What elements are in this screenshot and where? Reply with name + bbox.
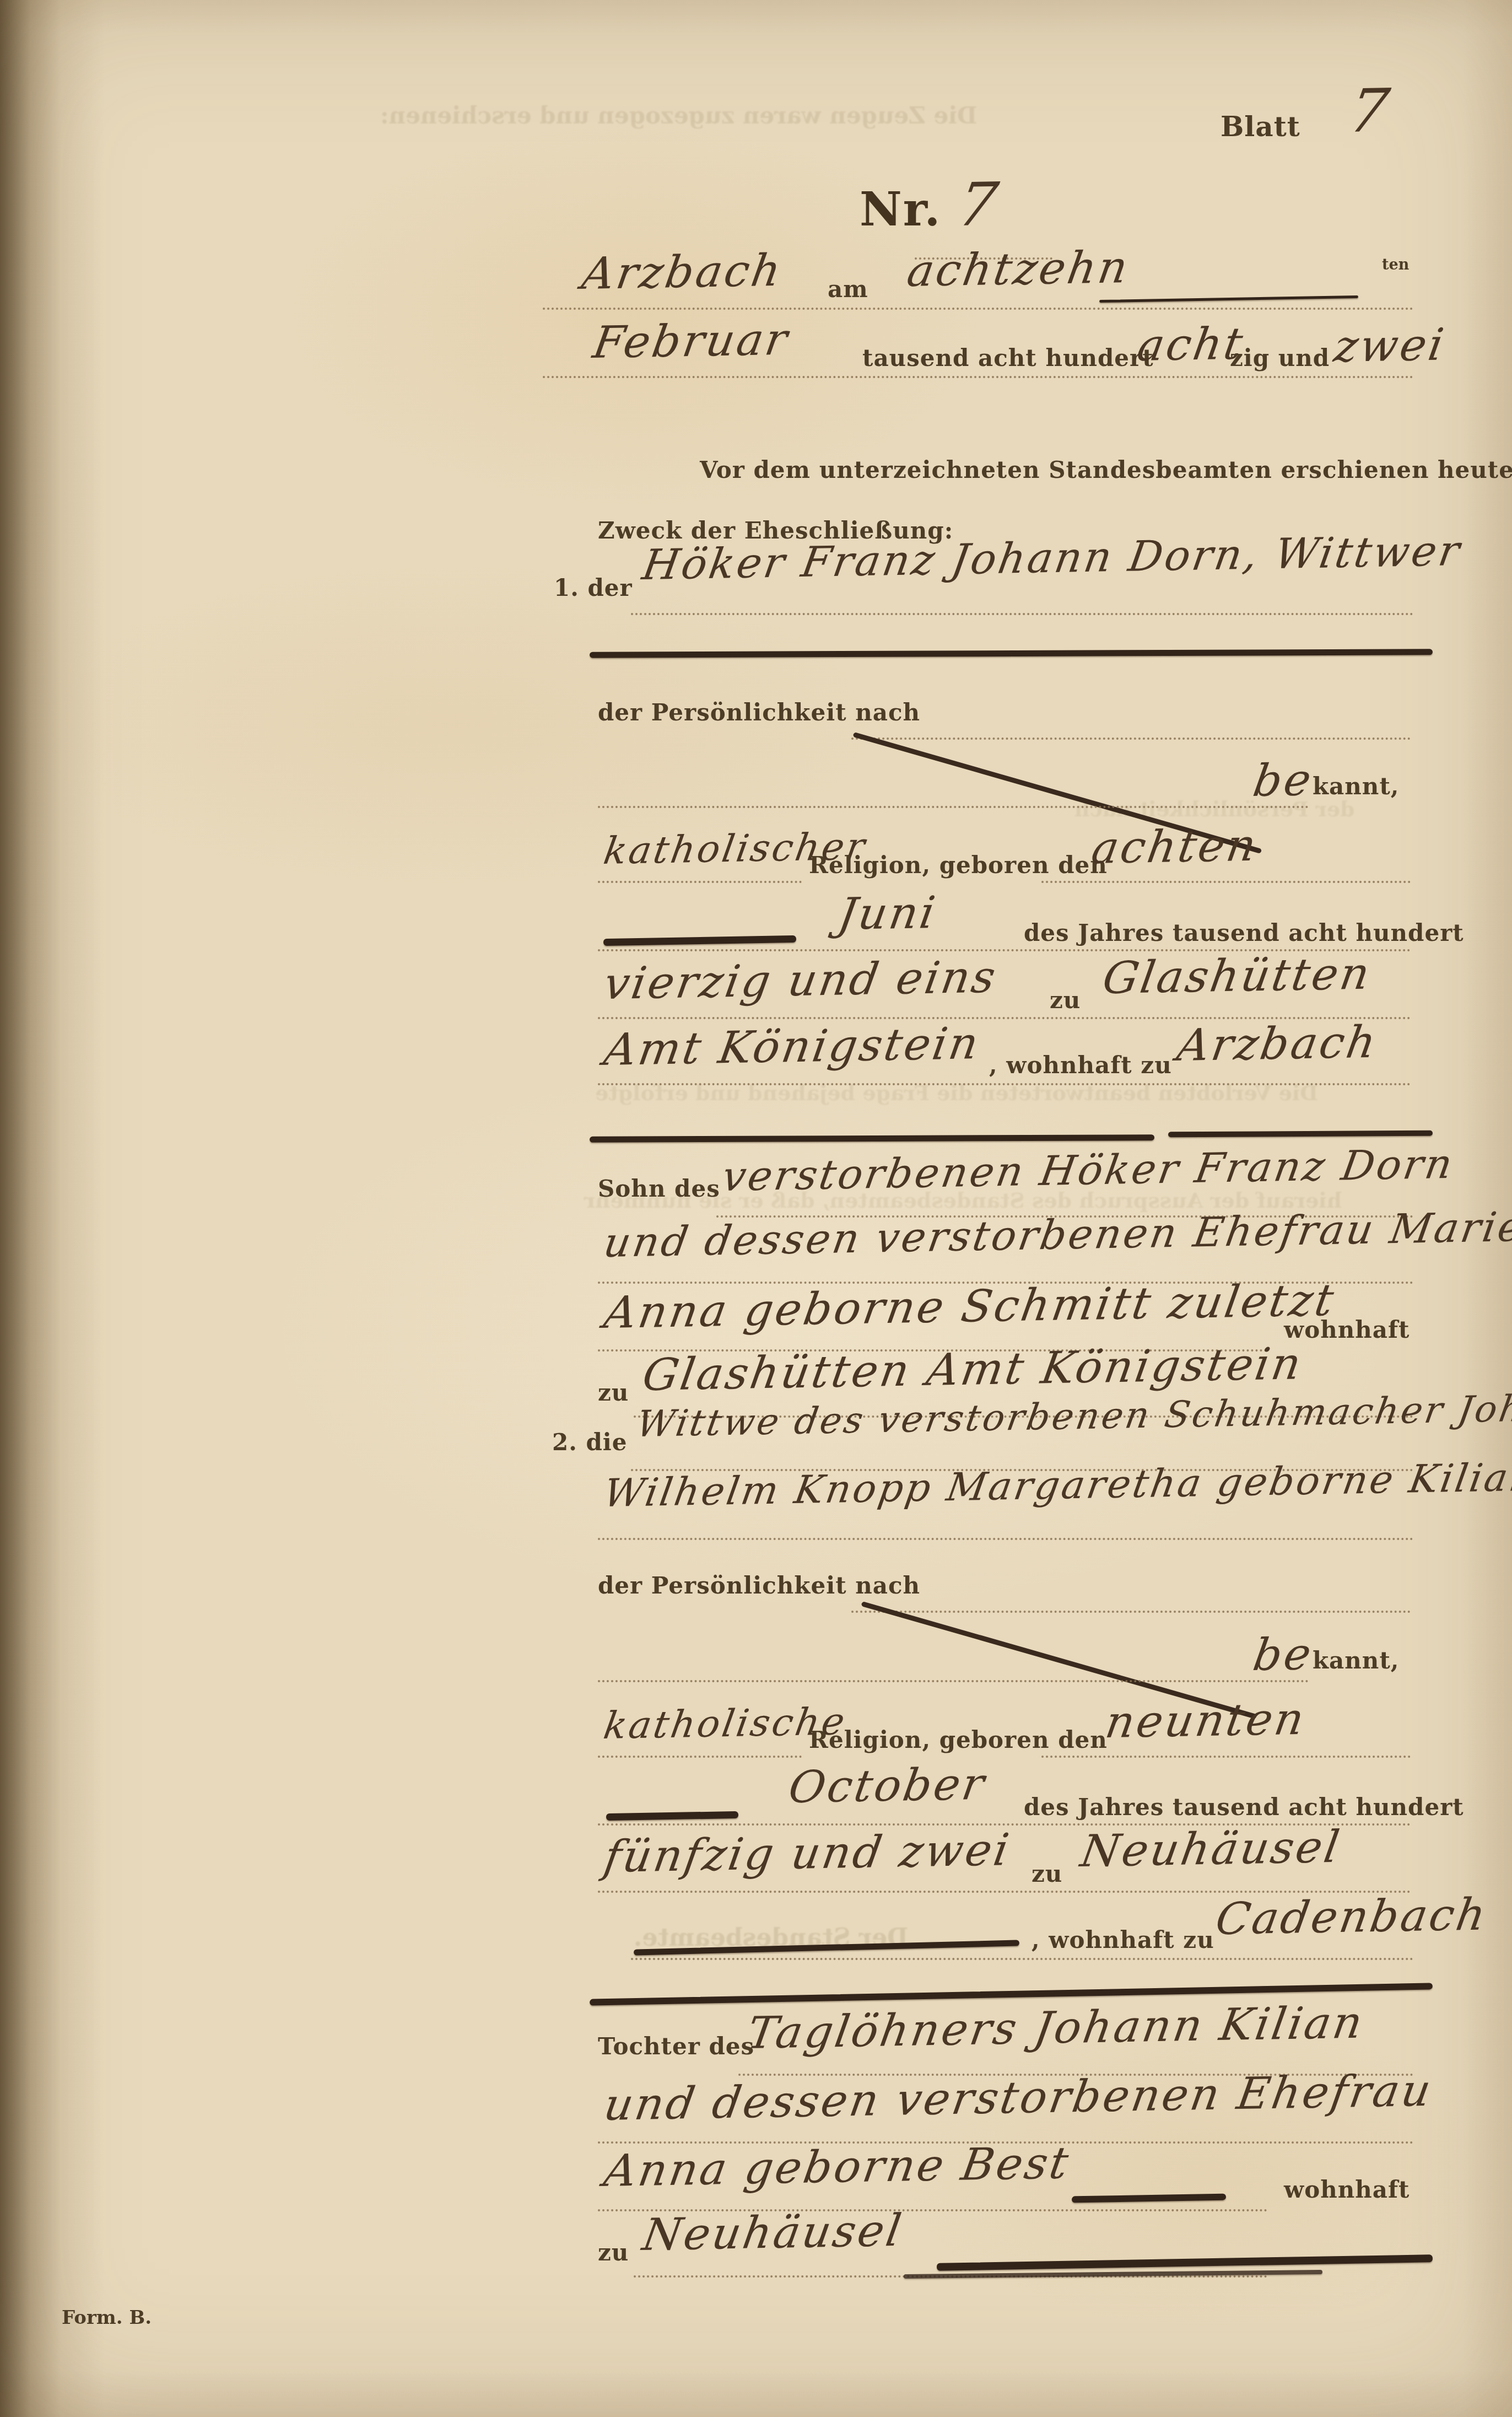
dotted-rule [1041, 881, 1411, 883]
groom-birth-month: Juni [835, 887, 941, 940]
record-number-label: Nr. [860, 182, 942, 236]
dotted-rule [543, 308, 1413, 310]
year-printed-label: tausend acht hundert [862, 344, 1154, 372]
sheet-number: 7 [1344, 77, 1396, 146]
groom-zu-label: zu [1050, 987, 1081, 1014]
zig-und-label: zig und [1230, 344, 1330, 372]
bride-religion-label: Religion, geboren den [809, 1726, 1108, 1753]
form-label: Form. B. [62, 2307, 152, 2329]
bride-zu-label: zu [1032, 1860, 1062, 1887]
dotted-rule [598, 1680, 1309, 1682]
groom-index-label: 1. der [554, 574, 633, 601]
bride-known-printed: kannt, [1313, 1647, 1399, 1674]
groom-identity-label: der Persönlichkeit nach [598, 699, 920, 726]
am-label: am [828, 276, 868, 303]
bride-father-entry: Taglöhners Johann Kilian [744, 1997, 1368, 2059]
dotted-rule [598, 1538, 1413, 1540]
ink-dash [1072, 2194, 1226, 2203]
groom-known-printed: kannt, [1313, 773, 1399, 800]
dotted-rule [851, 738, 1411, 740]
bride-resident-label: , wohnhaft zu [1032, 1926, 1214, 1953]
bride-known-hw: be [1250, 1628, 1317, 1681]
preamble-line1: Vor dem unterzeichneten Standesbeamten e… [700, 456, 1512, 483]
dotted-rule [543, 376, 1413, 378]
record-day: achtzehn [904, 241, 1133, 297]
record-number-value: 7 [953, 170, 1005, 240]
bleed-through-text: Die Zeugen waren zugezogen und erschiene… [380, 102, 978, 129]
groom-parents-residence: Glashütten Amt Königstein [639, 1338, 1306, 1401]
record-month: Februar [590, 314, 793, 368]
dotted-rule [598, 806, 1309, 808]
groom-father-entry: verstorbenen Höker Franz Dorn [719, 1140, 1457, 1201]
groom-zu2-label: zu [598, 1379, 629, 1406]
bride-parents-residence: Neuhäusel [639, 2205, 907, 2260]
bride-daughter-label: Tochter des [598, 2033, 754, 2060]
ink-dash [606, 1811, 738, 1821]
bride-birth-month: October [785, 1758, 990, 1813]
year-ones: zwei [1331, 319, 1449, 372]
bride-birth-year: fünfzig und zwei [601, 1824, 1014, 1882]
bride-year-label: des Jahres tausend acht hundert [1024, 1794, 1464, 1821]
bride-mother-line1: und dessen verstorbenen Ehefrau [601, 2065, 1437, 2130]
bride-residence: Cadenbach [1212, 1888, 1491, 1945]
groom-residence: Arzbach [1174, 1016, 1381, 1071]
dotted-rule [598, 881, 802, 883]
groom-religion-label: Religion, geboren den [809, 852, 1108, 879]
groom-known-hw: be [1250, 754, 1317, 806]
dotted-rule [851, 1611, 1411, 1613]
dotted-rule [631, 613, 1413, 615]
ink-strike [937, 2254, 1433, 2271]
groom-birth-year: vierzig und eins [601, 951, 1001, 1009]
dotted-rule [631, 1958, 1413, 1960]
groom-year-label: des Jahres tausend acht hundert [1024, 919, 1464, 946]
bride-index-label: 2. die [552, 1429, 628, 1456]
bride-mother-line2: Anna geborne Best [601, 2137, 1074, 2197]
ink-dash [603, 935, 796, 946]
groom-resident-label: , wohnhaft zu [989, 1052, 1172, 1079]
groom-birth-district: Amt Königstein [601, 1018, 984, 1075]
ink-rule [590, 1134, 1154, 1143]
dotted-rule [1041, 1756, 1411, 1758]
pen-flourish [1099, 295, 1358, 303]
bride-entry-line2: Wilhelm Knopp Margaretha geborne Kilian [601, 1455, 1512, 1516]
groom-son-label: Sohn des [598, 1175, 720, 1202]
bride-birth-day: neunten [1102, 1693, 1310, 1748]
day-suffix: ten [1382, 256, 1409, 273]
groom-birth-place: Glashütten [1099, 948, 1375, 1004]
marriage-record-page: Die Zeugen waren zugezogen und erschiene… [0, 0, 1512, 2417]
bride-zu2-label: zu [598, 2239, 629, 2266]
ink-rule [1168, 1131, 1433, 1138]
dotted-rule [598, 1756, 802, 1758]
bride-birth-place: Neuhäusel [1077, 1821, 1345, 1877]
ink-rule [590, 649, 1433, 658]
bride-wohnhaft-label: wohnhaft [1284, 2176, 1410, 2203]
bride-identity-label: der Persönlichkeit nach [598, 1572, 920, 1599]
sheet-label: Blatt [1221, 110, 1300, 143]
groom-mother-line2: Anna geborne Schmitt zuletzt [601, 1274, 1339, 1338]
dotted-rule [598, 1083, 1411, 1085]
record-place: Arzbach [579, 245, 786, 299]
groom-birth-day: achten [1088, 820, 1262, 874]
